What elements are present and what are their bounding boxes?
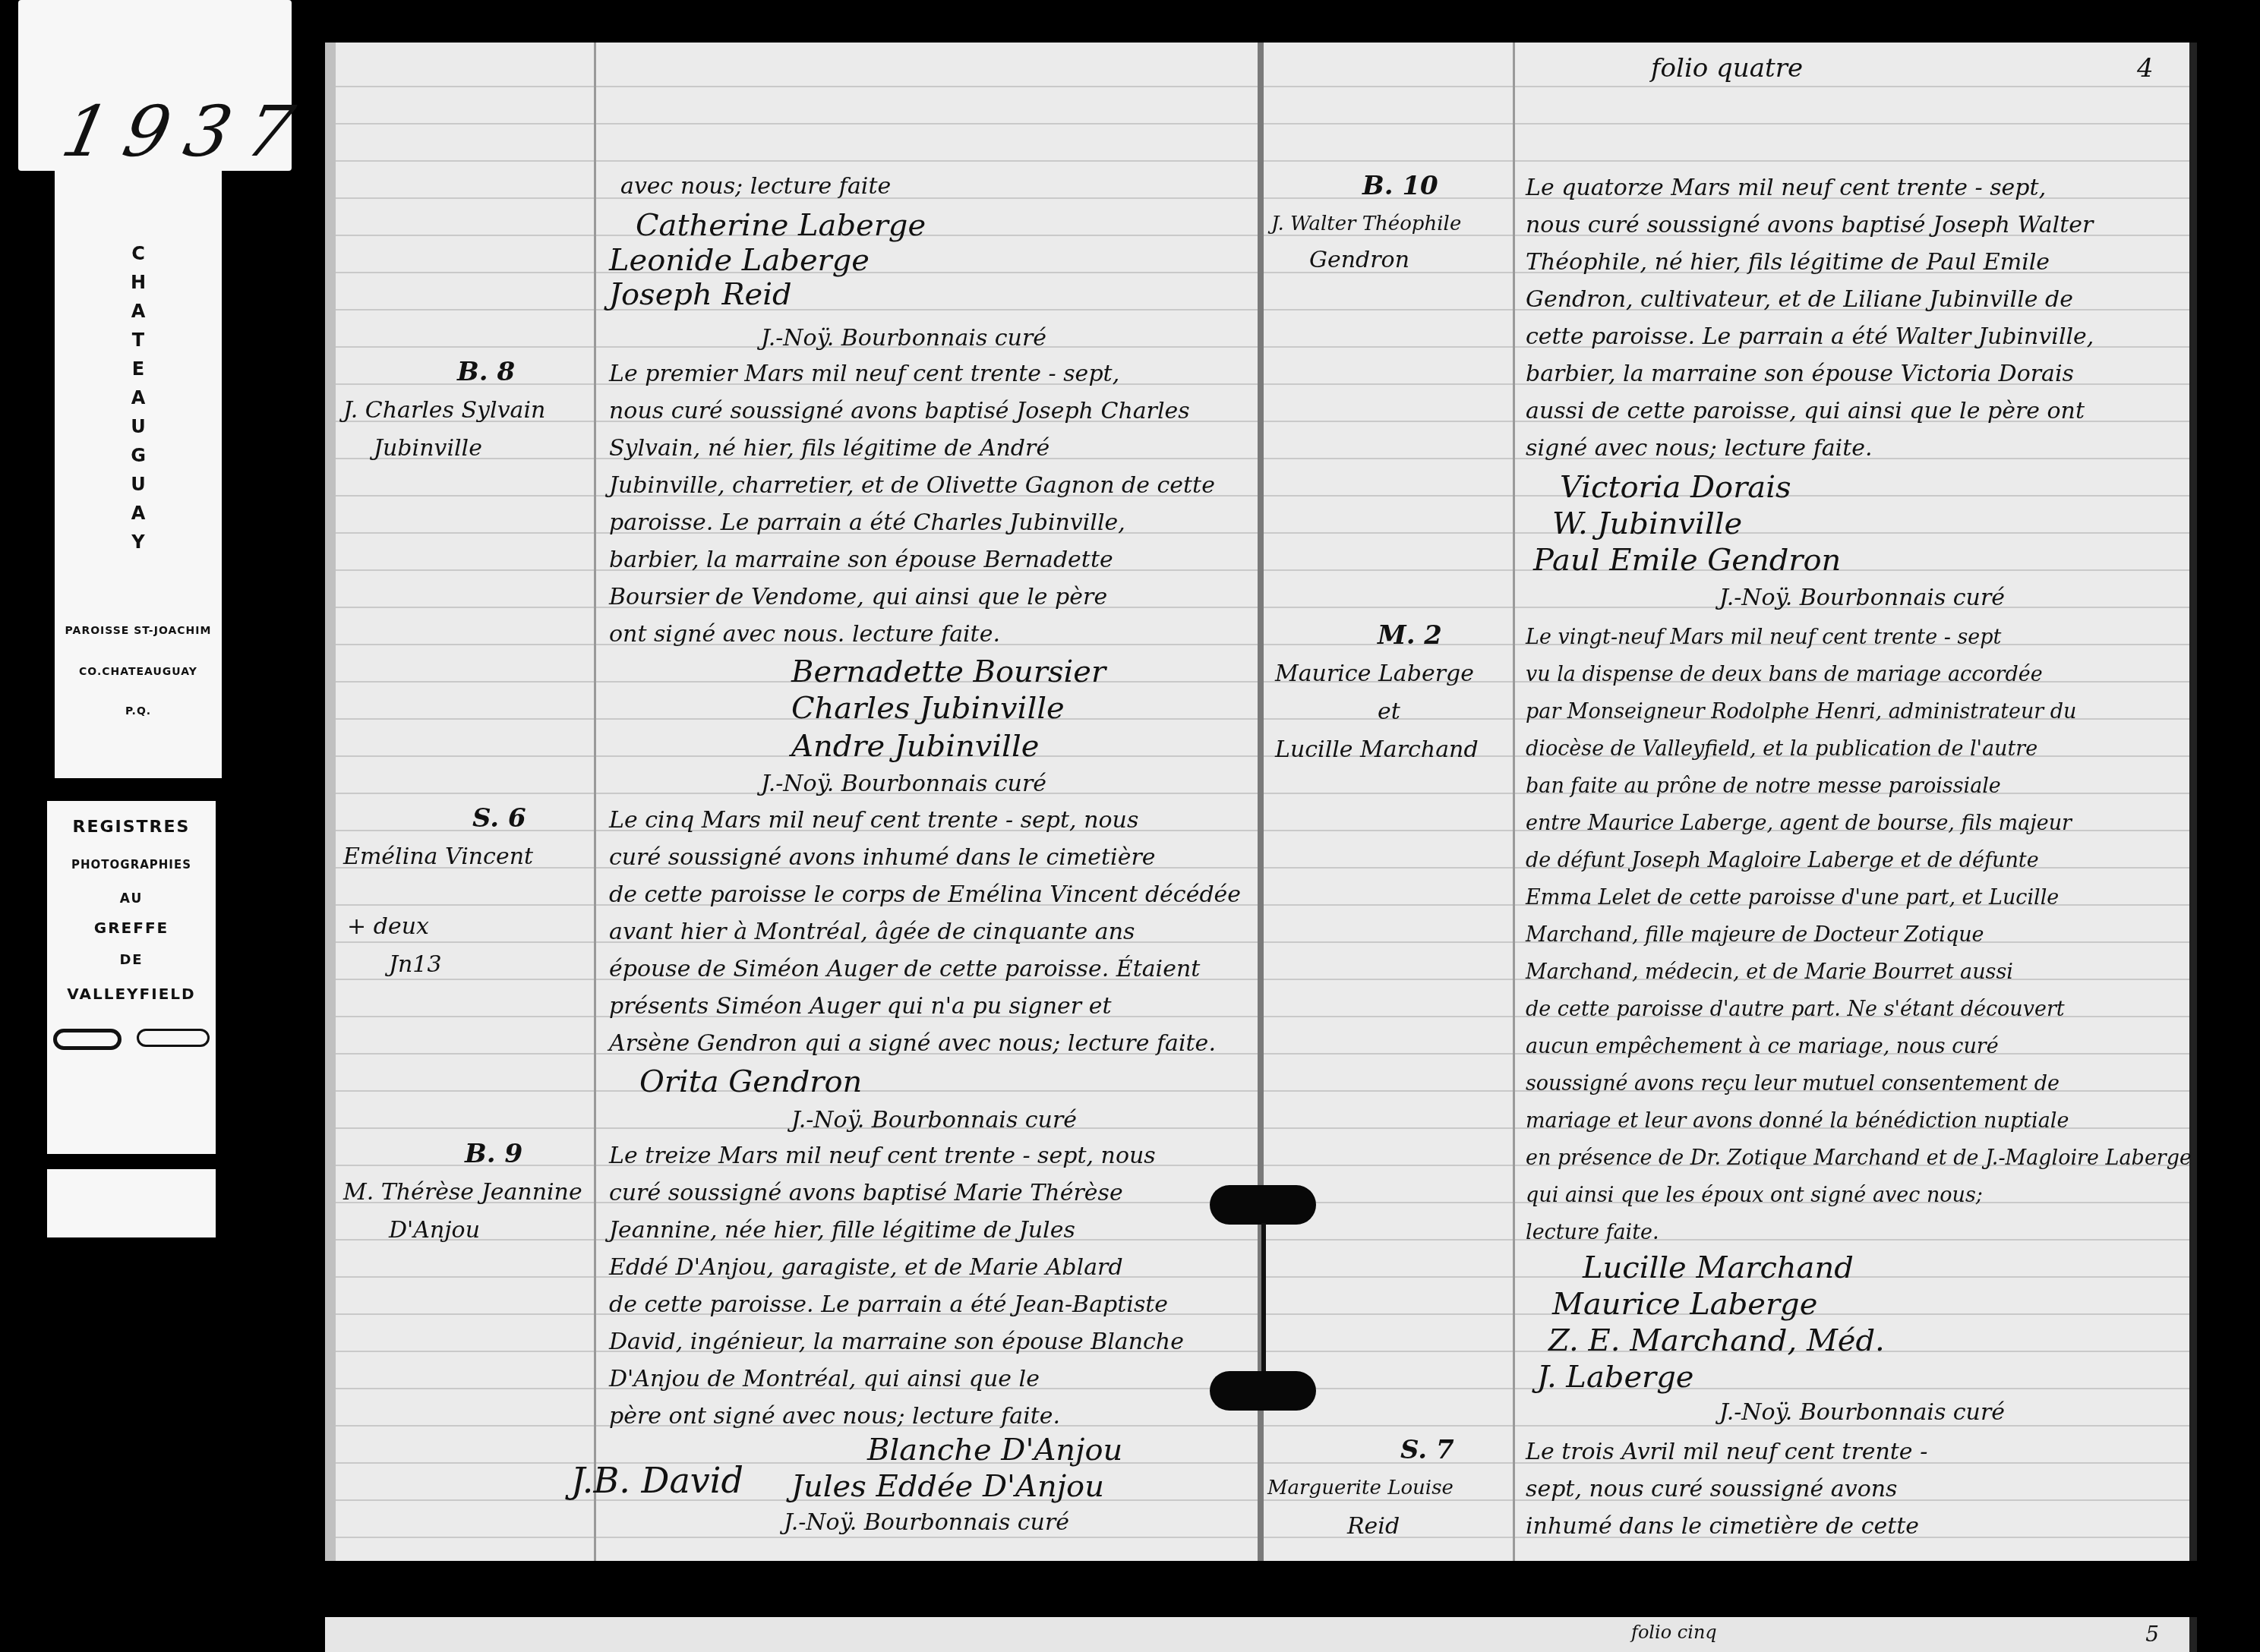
parish-label-strip: C H A T E A U G U A Y PAROISSE ST-JOACHI… xyxy=(55,171,222,778)
entry-body: Le treize Mars mil neuf cent trente - se… xyxy=(609,1137,1184,1435)
left-page: avec nous; lecture faite Catherine Laber… xyxy=(325,43,1270,1561)
entry-code: S. 7 xyxy=(1400,1432,1454,1469)
entry-line: barbier, la marraine son épouse Victoria… xyxy=(1526,355,2094,393)
entry-body: Le quatorze Mars mil neuf cent trente - … xyxy=(1526,169,2094,467)
entry-body: Le vingt-neuf Mars mil neuf cent trente … xyxy=(1526,619,2192,1251)
margin-name: et xyxy=(1378,693,1400,730)
letter: H xyxy=(55,268,222,297)
priest-signature: J.-Noÿ. Bourbonnais curé xyxy=(1719,579,2005,616)
signature: Leonide Laberge xyxy=(609,242,870,279)
entry-line: qui ainsi que les époux ont signé avec n… xyxy=(1526,1177,2192,1214)
entry-line: aucun empêchement à ce mariage, nous cur… xyxy=(1526,1028,2192,1065)
county-name: CO.CHATEAUGUAY xyxy=(55,666,222,678)
entry-line: Le treize Mars mil neuf cent trente - se… xyxy=(609,1137,1184,1174)
entry-line: curé soussigné avons baptisé Marie Thérè… xyxy=(609,1174,1184,1212)
entry-line: lecture faite. xyxy=(1526,1214,2192,1251)
entry-line: Jubinville, charretier, et de Olivette G… xyxy=(609,467,1215,504)
binding-wire xyxy=(1261,1223,1266,1371)
entry-line: ban faite au prône de notre messe parois… xyxy=(1526,768,2192,805)
entry-line: nous curé soussigné avons baptisé Joseph… xyxy=(1526,206,2094,244)
registry-line: REGISTRES xyxy=(47,818,216,837)
letter: A xyxy=(55,383,222,412)
entry-line: Gendron, cultivateur, et de Liliane Jubi… xyxy=(1526,281,2094,318)
year-label-card: 1937 xyxy=(18,0,292,171)
right-page: folio quatre 4 B. 10 J. Walter Théophile… xyxy=(1264,43,2197,1561)
entry-line: barbier, la marraine son épouse Bernadet… xyxy=(609,541,1215,579)
next-page-edge: folio cinq 5 xyxy=(325,1617,2197,1652)
entry-line: de cette paroisse le corps de Emélina Vi… xyxy=(609,876,1241,913)
margin-name: M. Thérèse Jeannine xyxy=(343,1174,582,1211)
signature: W. Jubinville xyxy=(1552,506,1742,543)
entry-line: vu la dispense de deux bans de mariage a… xyxy=(1526,656,2192,693)
entry-code: S. 6 xyxy=(472,800,526,837)
next-page-number: 5 xyxy=(2145,1622,2159,1647)
signature: Joseph Reid xyxy=(609,276,792,314)
signature: Jules Eddée D'Anjou xyxy=(791,1468,1104,1505)
signature: Catherine Laberge xyxy=(636,207,926,244)
letter: A xyxy=(55,499,222,528)
entry-line: Jeannine, née hier, fille légitime de Ju… xyxy=(609,1212,1184,1249)
label-strip-bottom xyxy=(47,1169,216,1237)
page-number: 4 xyxy=(2137,50,2154,87)
registry-line: GREFFE xyxy=(47,919,216,937)
entry-line: présents Siméon Auger qui n'a pu signer … xyxy=(609,988,1241,1025)
registry-line: AU xyxy=(47,891,216,906)
letter: C xyxy=(55,239,222,268)
letter: U xyxy=(55,470,222,499)
signature: Lucille Marchand xyxy=(1583,1250,1854,1287)
entry-line: soussigné avons reçu leur mutuel consent… xyxy=(1526,1065,2192,1102)
letter: Y xyxy=(55,528,222,556)
letter: A xyxy=(55,297,222,326)
entry-line: de défunt Joseph Magloire Laberge et de … xyxy=(1526,842,2192,879)
signature: Charles Jubinville xyxy=(791,690,1065,727)
entry-line: épouse de Siméon Auger de cette paroisse… xyxy=(609,951,1241,988)
entry-body: Le premier Mars mil neuf cent trente - s… xyxy=(609,355,1215,653)
entry-line: Le trois Avril mil neuf cent trente - xyxy=(1526,1433,1927,1471)
entry-line: nous curé soussigné avons baptisé Joseph… xyxy=(609,393,1215,430)
register-book: avec nous; lecture faite Catherine Laber… xyxy=(325,43,2189,1561)
margin-name: J. Walter Théophile xyxy=(1271,206,1461,243)
entry-line: père ont signé avec nous; lecture faite. xyxy=(609,1398,1184,1435)
margin-rule xyxy=(594,43,596,1561)
entry-line: par Monseigneur Rodolphe Henri, administ… xyxy=(1526,693,2192,730)
entry-line: avant hier à Montréal, âgée de cinquante… xyxy=(609,913,1241,951)
entry-line: Le premier Mars mil neuf cent trente - s… xyxy=(609,355,1215,393)
priest-signature: J.-Noÿ. Bourbonnais curé xyxy=(761,765,1046,802)
next-folio-header: folio cinq xyxy=(1631,1622,1717,1643)
signature: J.B. David xyxy=(571,1462,743,1499)
binding-ring-icon xyxy=(1210,1185,1316,1225)
letter: G xyxy=(55,441,222,470)
margin-name: Lucille Marchand xyxy=(1275,731,1479,768)
entry-line: Eddé D'Anjou, garagiste, et de Marie Abl… xyxy=(609,1249,1184,1286)
entry-code: M. 2 xyxy=(1378,617,1442,654)
entry-code: B. 9 xyxy=(465,1136,522,1173)
entry-line: David, ingénieur, la marraine son épouse… xyxy=(609,1323,1184,1360)
entry-line: Arsène Gendron qui a signé avec nous; le… xyxy=(609,1025,1241,1062)
entry-line: diocèse de Valleyfield, et la publicatio… xyxy=(1526,730,2192,768)
entry-line: Le vingt-neuf Mars mil neuf cent trente … xyxy=(1526,619,2192,656)
entry-line: D'Anjou de Montréal, qui ainsi que le xyxy=(609,1360,1184,1398)
margin-name: Maurice Laberge xyxy=(1275,655,1474,692)
province-name: P.Q. xyxy=(55,705,222,717)
entry-line: de cette paroisse. Le parrain a été Jean… xyxy=(609,1286,1184,1323)
entry-line: cette paroisse. Le parrain a été Walter … xyxy=(1526,318,2094,355)
letter: T xyxy=(55,326,222,355)
entry-line: Le quatorze Mars mil neuf cent trente - … xyxy=(1526,169,2094,206)
letter: E xyxy=(55,355,222,383)
letter: U xyxy=(55,412,222,441)
entry-line: Boursier de Vendome, qui ainsi que le pè… xyxy=(609,579,1215,616)
parish-vertical-name: C H A T E A U G U A Y xyxy=(55,239,222,556)
entry-line: en présence de Dr. Zotique Marchand et d… xyxy=(1526,1140,2192,1177)
registry-card: REGISTRES PHOTOGRAPHIES AU GREFFE DE VAL… xyxy=(47,801,216,1154)
entry-body: Le cinq Mars mil neuf cent trente - sept… xyxy=(609,802,1241,1062)
margin-name: Reid xyxy=(1347,1508,1400,1545)
continuation-text: avec nous; lecture faite xyxy=(620,168,891,205)
signature: Victoria Dorais xyxy=(1560,469,1791,506)
entry-line: aussi de cette paroisse, qui ainsi que l… xyxy=(1526,393,2094,430)
priest-signature: J.-Noÿ. Bourbonnais curé xyxy=(1719,1394,2005,1431)
priest-signature: J.-Noÿ. Bourbonnais curé xyxy=(784,1504,1069,1541)
signature: Bernadette Boursier xyxy=(791,654,1106,691)
registry-line: VALLEYFIELD xyxy=(47,985,216,1003)
margin-name: Marguerite Louise xyxy=(1267,1470,1454,1507)
margin-name: J. Charles Sylvain xyxy=(343,392,545,429)
signature: J. Laberge xyxy=(1537,1359,1693,1396)
registry-line: DE xyxy=(47,952,216,968)
entry-line: Théophile, né hier, fils légitime de Pau… xyxy=(1526,244,2094,281)
margin-name: Emélina Vincent xyxy=(343,838,533,875)
signature: Paul Emile Gendron xyxy=(1533,542,1841,579)
binding-ring-icon xyxy=(1210,1371,1316,1411)
signature: Blanche D'Anjou xyxy=(867,1432,1122,1469)
entry-line: Marchand, médecin, et de Marie Bourret a… xyxy=(1526,954,2192,991)
entry-line: Marchand, fille majeure de Docteur Zotiq… xyxy=(1526,916,2192,954)
margin-name: Jn13 xyxy=(389,946,442,983)
entry-line: mariage et leur avons donné la bénédicti… xyxy=(1526,1102,2192,1140)
paperclip-icon xyxy=(53,1029,122,1050)
entry-line: curé soussigné avons inhumé dans le cime… xyxy=(609,839,1241,876)
margin-name: + deux xyxy=(347,908,429,945)
signature: Andre Jubinville xyxy=(791,728,1039,765)
margin-rule xyxy=(1513,43,1515,1561)
entry-line: signé avec nous; lecture faite. xyxy=(1526,430,2094,467)
entry-line: ont signé avec nous. lecture faite. xyxy=(609,616,1215,653)
margin-name: Gendron xyxy=(1309,241,1409,279)
paperclip-icon xyxy=(137,1029,210,1047)
entry-line: Emma Lelet de cette paroisse d'une part,… xyxy=(1526,879,2192,916)
signature: Maurice Laberge xyxy=(1552,1286,1817,1323)
priest-signature: J.-Noÿ. Bourbonnais curé xyxy=(761,320,1046,357)
entry-line: inhumé dans le cimetière de cette xyxy=(1526,1508,1927,1545)
year-label: 1937 xyxy=(55,91,317,172)
margin-name: Jubinville xyxy=(374,430,482,467)
folio-header: folio quatre xyxy=(1651,50,1803,87)
parish-name: PAROISSE ST-JOACHIM xyxy=(55,625,222,637)
entry-line: de cette paroisse d'autre part. Ne s'éta… xyxy=(1526,991,2192,1028)
signature: Orita Gendron xyxy=(639,1064,862,1101)
entry-code: B. 8 xyxy=(457,354,515,391)
signature: Z. E. Marchand, Méd. xyxy=(1548,1323,1885,1360)
entry-line: Le cinq Mars mil neuf cent trente - sept… xyxy=(609,802,1241,839)
entry-line: paroisse. Le parrain a été Charles Jubin… xyxy=(609,504,1215,541)
priest-signature: J.-Noÿ. Bourbonnais curé xyxy=(791,1102,1077,1139)
entry-body: Le trois Avril mil neuf cent trente - se… xyxy=(1526,1433,1927,1545)
entry-line: sept, nous curé soussigné avons xyxy=(1526,1471,1927,1508)
registry-line: PHOTOGRAPHIES xyxy=(47,858,216,872)
entry-code: B. 10 xyxy=(1362,168,1438,205)
entry-line: Sylvain, né hier, fils légitime de André xyxy=(609,430,1215,467)
entry-line: entre Maurice Laberge, agent de bourse, … xyxy=(1526,805,2192,842)
margin-name: D'Anjou xyxy=(389,1212,480,1249)
